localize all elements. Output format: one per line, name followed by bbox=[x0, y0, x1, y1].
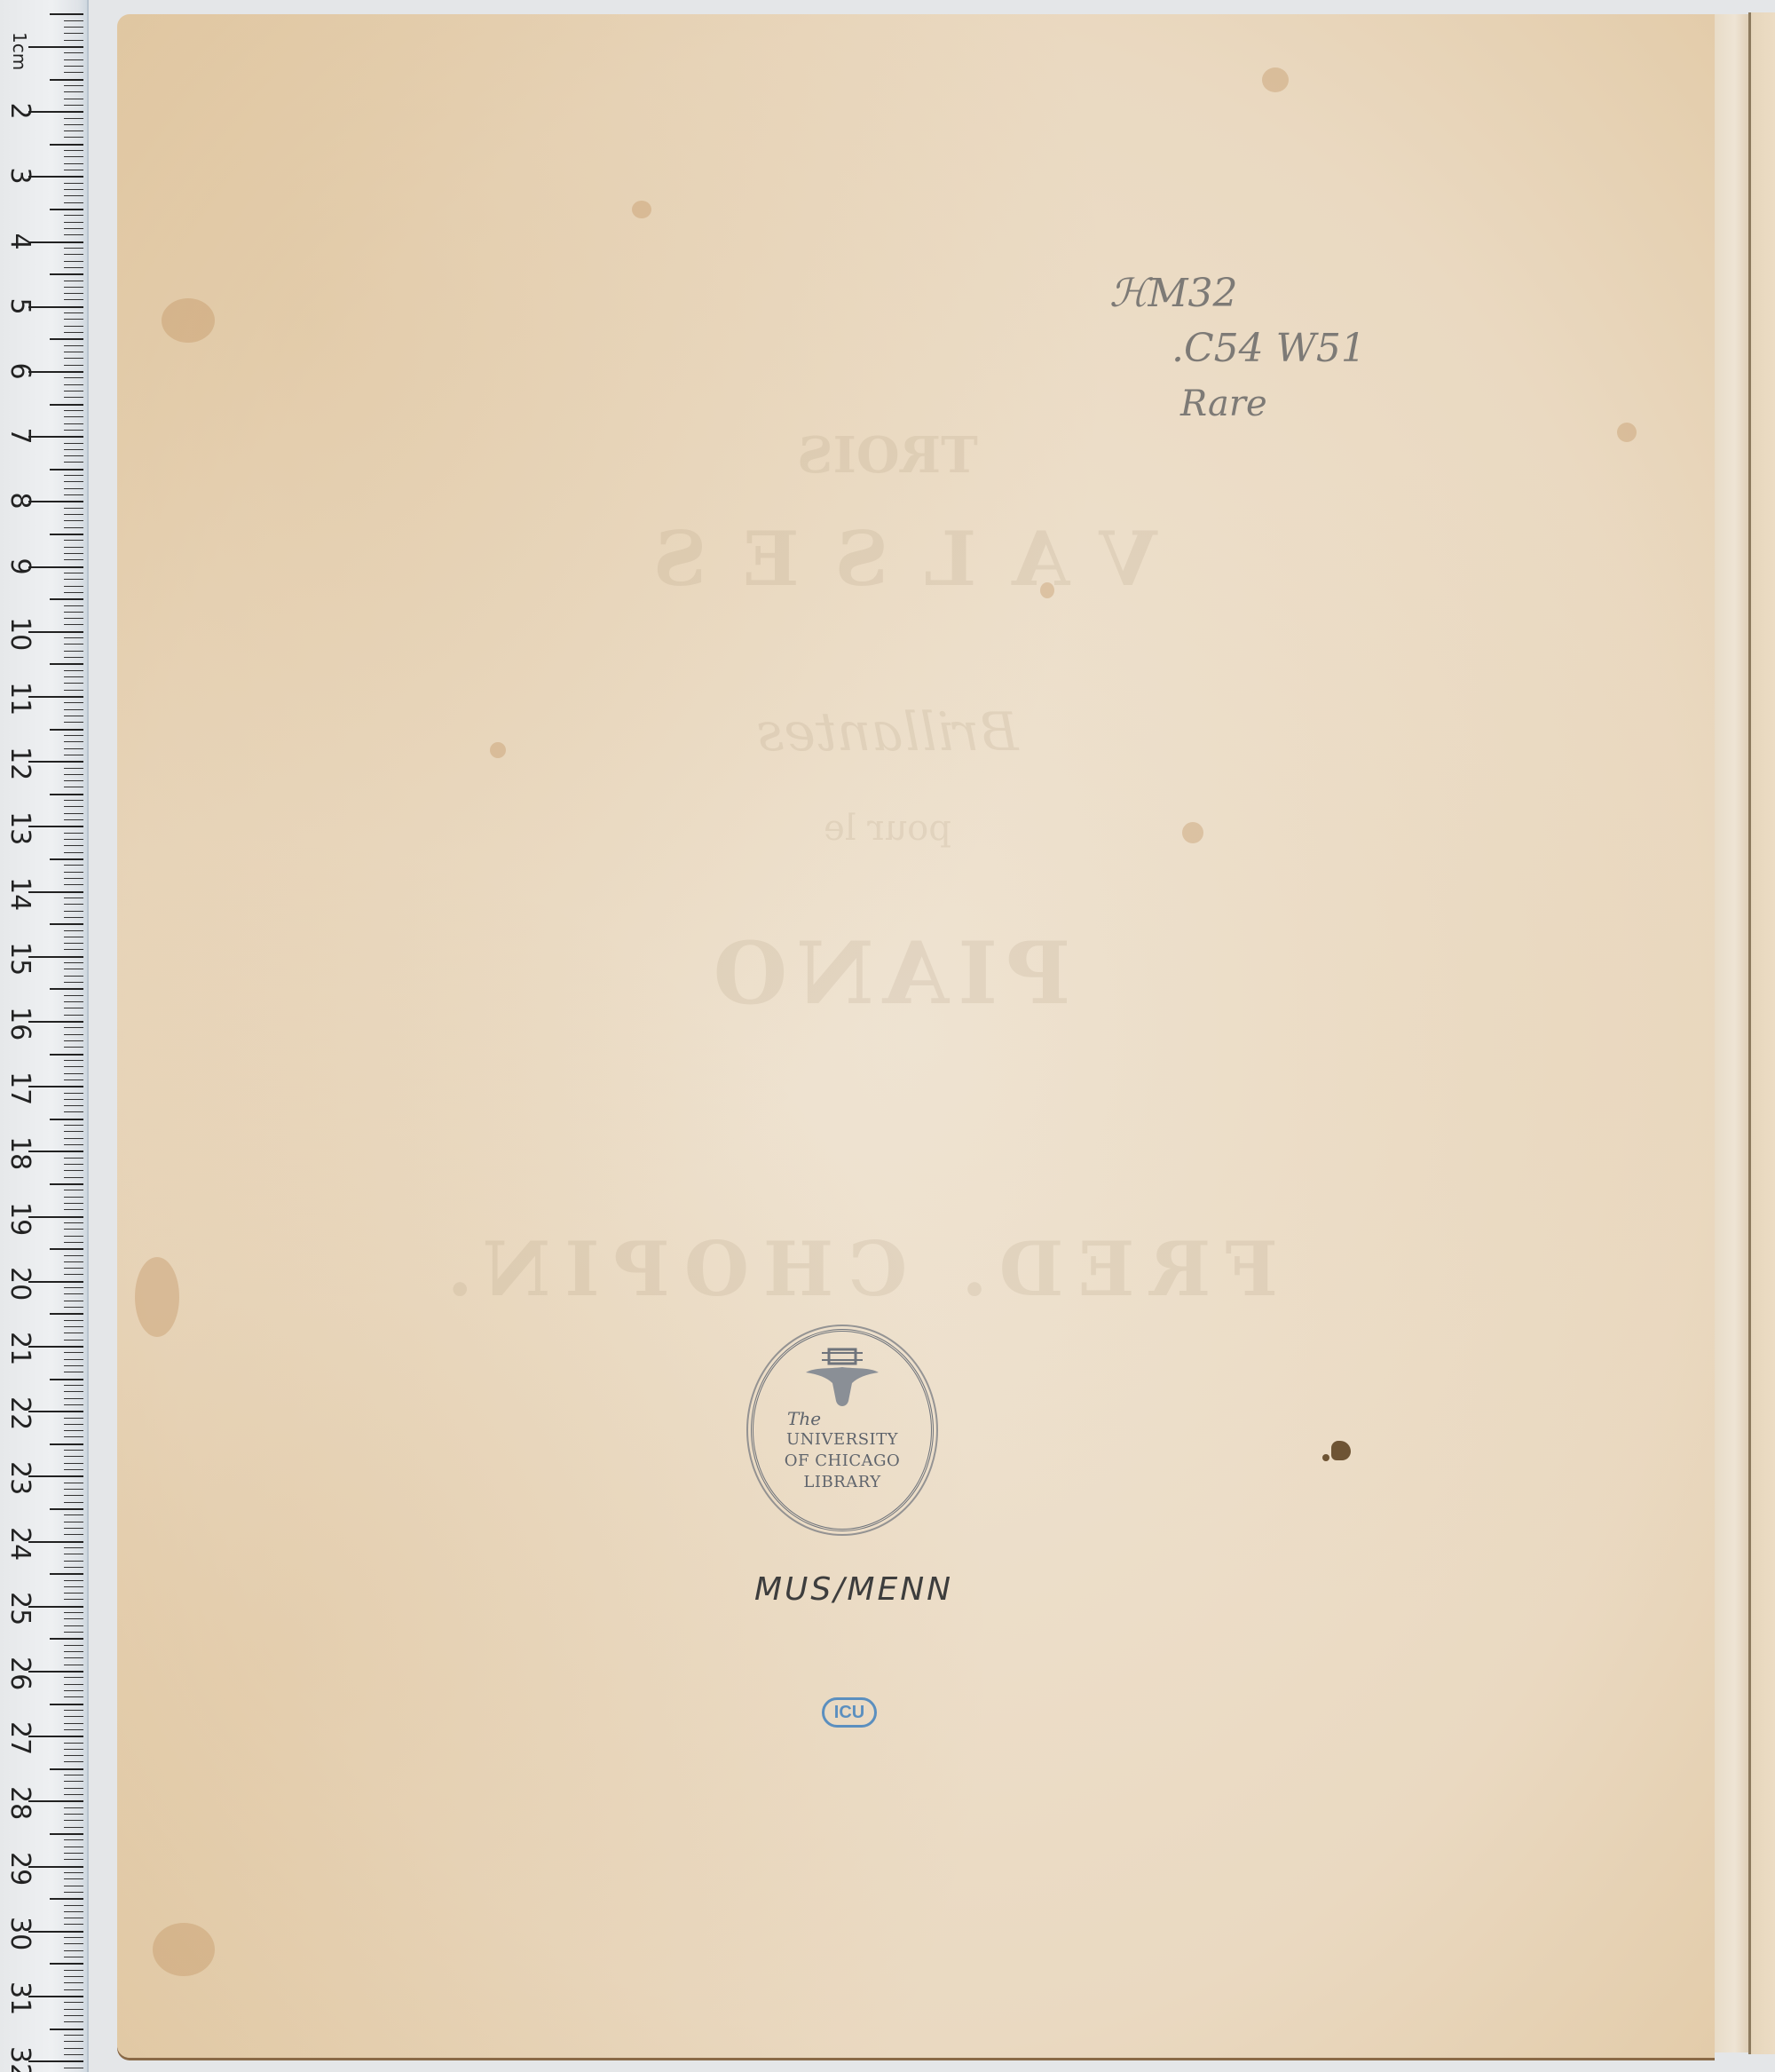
ruler-tick bbox=[64, 676, 83, 677]
ruler-tick bbox=[64, 1372, 83, 1372]
ruler-tick bbox=[64, 702, 83, 703]
ruler-tick bbox=[64, 1242, 83, 1243]
ruler-tick bbox=[64, 156, 83, 157]
ruler-cm-label: 6 bbox=[5, 357, 34, 385]
ruler-tick bbox=[64, 852, 83, 853]
ruler-tick bbox=[64, 884, 83, 885]
ruler-tick bbox=[64, 962, 83, 963]
ruler-tick bbox=[50, 1183, 83, 1185]
ruler-tick bbox=[64, 326, 83, 327]
ruler-tick bbox=[64, 1359, 83, 1360]
ruler-cm-label: 9 bbox=[5, 552, 34, 581]
ruler-tick bbox=[50, 1638, 83, 1640]
ruler-tick bbox=[64, 670, 83, 671]
ruler-tick bbox=[64, 813, 83, 814]
ruler-tick bbox=[64, 741, 83, 742]
ruler-tick bbox=[64, 1144, 83, 1145]
ruler-tick bbox=[64, 845, 83, 846]
ruler-tick bbox=[64, 2009, 83, 2010]
ruler-tick bbox=[64, 1385, 83, 1386]
ruler-tick bbox=[64, 1853, 83, 1854]
call-number-line-3: Rare bbox=[1180, 376, 1366, 431]
ruler-tick bbox=[64, 1886, 83, 1886]
measuring-ruler: 1cm2345678910111213141516171819202122232… bbox=[0, 0, 89, 2072]
ruler-tick bbox=[64, 624, 83, 625]
ruler-tick bbox=[64, 59, 83, 60]
ruler-tick bbox=[64, 1483, 83, 1483]
ruler-cm-label: 14 bbox=[5, 877, 34, 906]
ruler-tick bbox=[64, 170, 83, 170]
ruler-tick bbox=[64, 1326, 83, 1327]
ruler-tick bbox=[64, 293, 83, 294]
ruler-tick bbox=[64, 768, 83, 769]
ruler-cm-label: 26 bbox=[5, 1657, 34, 1685]
ruler-tick bbox=[64, 1197, 83, 1198]
ruler-tick bbox=[64, 130, 83, 131]
ruler-tick bbox=[64, 1847, 83, 1847]
ruler-cm-label: 31 bbox=[5, 1981, 34, 2010]
ruler-tick bbox=[50, 273, 83, 275]
ruler-tick bbox=[28, 956, 83, 958]
ruler-tick bbox=[64, 1015, 83, 1016]
ruler-tick bbox=[64, 1209, 83, 1210]
ruler-tick bbox=[64, 982, 83, 983]
ruler-tick bbox=[28, 1475, 83, 1477]
ruler-tick bbox=[64, 416, 83, 417]
ruler-tick bbox=[64, 1522, 83, 1522]
ruler-tick bbox=[28, 1541, 83, 1543]
ruler-tick bbox=[64, 1099, 83, 1100]
ruler-tick bbox=[64, 1677, 83, 1678]
ruler-tick bbox=[64, 332, 83, 333]
ruler-tick bbox=[28, 241, 83, 243]
ruler-tick bbox=[50, 144, 83, 146]
ruler-tick bbox=[64, 898, 83, 898]
ruler-tick bbox=[28, 1606, 83, 1608]
stamp-line-3: LIBRARY bbox=[803, 1472, 880, 1493]
ruler-tick bbox=[64, 1034, 83, 1035]
ruler-tick bbox=[64, 85, 83, 86]
foxing-spot bbox=[153, 1923, 215, 1976]
ruler-tick bbox=[64, 1365, 83, 1366]
ruler-tick bbox=[64, 430, 83, 431]
ruler-tick bbox=[64, 66, 83, 67]
ruler-tick bbox=[64, 248, 83, 249]
ruler-tick bbox=[64, 1229, 83, 1230]
ruler-tick bbox=[64, 1105, 83, 1106]
ruler-cm-label: 4 bbox=[5, 227, 34, 256]
ruler-tick bbox=[64, 1943, 83, 1944]
ruler-tick bbox=[64, 1418, 83, 1419]
ruler-tick bbox=[64, 878, 83, 879]
ruler-tick bbox=[64, 384, 83, 385]
ruler-tick bbox=[28, 826, 83, 827]
ruler-tick bbox=[28, 2060, 83, 2062]
ruler-tick bbox=[64, 559, 83, 560]
ruler-tick bbox=[28, 371, 83, 373]
ruler-tick bbox=[64, 716, 83, 716]
ruler-tick bbox=[64, 195, 83, 196]
ruler-tick bbox=[64, 1190, 83, 1190]
ruler-tick bbox=[64, 1450, 83, 1451]
ruler-tick bbox=[64, 462, 83, 463]
stamp-line-2: OF CHICAGO bbox=[785, 1451, 900, 1472]
ruler-tick bbox=[64, 365, 83, 366]
ruler-tick bbox=[64, 1111, 83, 1112]
ruler-tick bbox=[64, 527, 83, 528]
ruler-tick bbox=[64, 1878, 83, 1879]
ruler-cm-label: 25 bbox=[5, 1592, 34, 1620]
ruler-tick bbox=[28, 1866, 83, 1868]
ruler-tick bbox=[64, 2048, 83, 2049]
ruler-cm-label: 21 bbox=[5, 1332, 34, 1360]
ruler-tick bbox=[64, 612, 83, 613]
ruler-tick bbox=[64, 1060, 83, 1061]
ruler-tick bbox=[64, 27, 83, 28]
ruler-tick bbox=[64, 91, 83, 92]
foxing-spot bbox=[1182, 822, 1203, 843]
ruler-tick bbox=[64, 1580, 83, 1581]
ruler-cm-label: 2 bbox=[5, 97, 34, 125]
ruler-tick bbox=[64, 722, 83, 723]
document-page bbox=[117, 14, 1715, 2058]
ruler-tick bbox=[50, 1054, 83, 1056]
ruler-tick bbox=[64, 1404, 83, 1405]
ruler-tick bbox=[64, 1268, 83, 1269]
ruler-cm-label: 27 bbox=[5, 1721, 34, 1750]
foxing-spot bbox=[1262, 67, 1289, 92]
ruler-tick bbox=[64, 1957, 83, 1957]
ruler-tick bbox=[64, 755, 83, 755]
ruler-tick bbox=[50, 2029, 83, 2030]
ruler-tick bbox=[64, 1970, 83, 1971]
ruler-tick bbox=[64, 1612, 83, 1613]
ruler-tick bbox=[64, 1307, 83, 1308]
ruler-tick bbox=[64, 443, 83, 444]
ruler-tick bbox=[50, 209, 83, 210]
ruler-tick bbox=[64, 1430, 83, 1431]
ruler-tick bbox=[64, 514, 83, 515]
ruler-tick bbox=[64, 1222, 83, 1223]
ruler-tick bbox=[64, 683, 83, 684]
ruler-tick bbox=[64, 1775, 83, 1775]
ruler-tick bbox=[64, 2035, 83, 2036]
ruler-cm-label: 30 bbox=[5, 1917, 34, 1945]
ruler-tick bbox=[64, 99, 83, 99]
ruler-tick bbox=[28, 1931, 83, 1933]
ruler-tick bbox=[28, 631, 83, 633]
ruler-tick bbox=[64, 709, 83, 710]
ruler-tick bbox=[64, 124, 83, 125]
ruler-cm-label: 19 bbox=[5, 1202, 34, 1230]
ruler-tick bbox=[64, 1170, 83, 1171]
ruler-cm-label: 7 bbox=[5, 422, 34, 450]
ruler-tick bbox=[64, 137, 83, 138]
handwritten-shelf-note: MUS/MENN bbox=[754, 1571, 953, 1608]
ruler-tick bbox=[50, 923, 83, 925]
ruler-tick bbox=[64, 358, 83, 359]
ruler-tick bbox=[64, 1158, 83, 1159]
ruler-tick bbox=[64, 2068, 83, 2068]
ruler-tick bbox=[64, 592, 83, 593]
ruler-cm-label: 20 bbox=[5, 1267, 34, 1295]
ruler-tick bbox=[64, 1177, 83, 1178]
ruler-tick bbox=[64, 1599, 83, 1600]
ruler-tick bbox=[64, 2002, 83, 2003]
ruler-tick bbox=[64, 222, 83, 223]
ruler-tick bbox=[64, 1950, 83, 1951]
ruler-tick bbox=[64, 287, 83, 288]
ruler-tick bbox=[64, 1255, 83, 1256]
ruler-tick bbox=[64, 904, 83, 905]
ruler-tick bbox=[28, 761, 83, 763]
ruler-tick bbox=[28, 696, 83, 698]
ruler-tick bbox=[64, 917, 83, 918]
ruler-tick bbox=[64, 1625, 83, 1626]
ruler-tick bbox=[50, 1443, 83, 1445]
ruler-tick bbox=[64, 1236, 83, 1237]
ruler-tick bbox=[50, 1573, 83, 1575]
ruler-tick bbox=[64, 163, 83, 164]
ruler-tick bbox=[64, 1093, 83, 1094]
ruler-tick bbox=[64, 1469, 83, 1470]
ruler-tick bbox=[64, 1079, 83, 1080]
ruler-tick bbox=[64, 1436, 83, 1437]
ruler-tick bbox=[64, 943, 83, 944]
ruler-tick bbox=[64, 1710, 83, 1711]
ruler-tick bbox=[28, 436, 83, 438]
ruler-tick bbox=[64, 1138, 83, 1139]
ruler-tick bbox=[64, 1755, 83, 1756]
ruler-tick bbox=[64, 1586, 83, 1587]
ruler-tick bbox=[64, 579, 83, 580]
ruler-tick bbox=[64, 20, 83, 21]
ruler-cm-label: 23 bbox=[5, 1461, 34, 1490]
bleed-through-line: TROIS bbox=[710, 426, 1065, 485]
ruler-tick bbox=[64, 1632, 83, 1633]
ruler-tick bbox=[64, 780, 83, 781]
ruler-tick bbox=[64, 1743, 83, 1744]
ruler-cm-label: 29 bbox=[5, 1852, 34, 1880]
ruler-tick bbox=[64, 150, 83, 151]
ruler-tick bbox=[64, 735, 83, 736]
ruler-tick bbox=[28, 1346, 83, 1348]
ruler-tick bbox=[64, 377, 83, 378]
ruler-tick bbox=[64, 1301, 83, 1301]
ruler-tick bbox=[64, 1807, 83, 1808]
ruler-tick bbox=[64, 1794, 83, 1795]
ruler-tick bbox=[64, 352, 83, 352]
ruler-tick bbox=[64, 2015, 83, 2016]
ruler-tick bbox=[64, 2041, 83, 2042]
ruler-tick bbox=[64, 1651, 83, 1652]
ruler-tick bbox=[28, 1021, 83, 1023]
ruler-tick bbox=[64, 1534, 83, 1535]
ruler-tick bbox=[64, 540, 83, 541]
ruler-cm-label: 3 bbox=[5, 162, 34, 190]
ruler-cm-label: 32 bbox=[5, 2046, 34, 2072]
ruler-tick bbox=[64, 488, 83, 489]
ruler-tick bbox=[50, 1248, 83, 1250]
ruler-tick bbox=[64, 1547, 83, 1548]
ruler-tick bbox=[64, 1398, 83, 1399]
ruler-tick bbox=[28, 306, 83, 308]
ruler-tick bbox=[64, 1982, 83, 1983]
ruler-tick bbox=[64, 1125, 83, 1126]
ruler-tick bbox=[64, 1164, 83, 1165]
ink-blot bbox=[1322, 1454, 1329, 1461]
ruler-tick bbox=[64, 1937, 83, 1938]
ruler-tick bbox=[64, 1502, 83, 1503]
ruler-tick bbox=[64, 969, 83, 969]
ruler-tick bbox=[64, 508, 83, 509]
ruler-tick bbox=[28, 891, 83, 893]
ruler-tick bbox=[64, 1456, 83, 1457]
ruler-tick bbox=[64, 949, 83, 950]
ruler-tick bbox=[64, 391, 83, 391]
ruler-tick bbox=[28, 1736, 83, 1737]
ruler-tick bbox=[64, 261, 83, 262]
bleed-through-line: Brillantes bbox=[621, 701, 1154, 763]
ruler-tick bbox=[64, 1001, 83, 1002]
ruler-tick bbox=[50, 598, 83, 600]
ruler-tick bbox=[64, 1859, 83, 1860]
call-number-line-1: ℋM32 bbox=[1109, 266, 1366, 321]
ruler-tick bbox=[64, 1495, 83, 1496]
ruler-tick bbox=[64, 1340, 83, 1340]
ruler-cm-label: 24 bbox=[5, 1527, 34, 1555]
ruler-tick bbox=[64, 1274, 83, 1275]
ruler-tick bbox=[64, 1696, 83, 1697]
ruler-tick bbox=[64, 1872, 83, 1873]
ruler-cm-label: 11 bbox=[5, 682, 34, 710]
ruler-tick bbox=[64, 1131, 83, 1132]
ruler-tick bbox=[64, 1567, 83, 1568]
ruler-tick bbox=[64, 267, 83, 268]
ruler-tick bbox=[64, 1905, 83, 1906]
ruler-cm-label: 16 bbox=[5, 1007, 34, 1035]
ruler-tick bbox=[64, 475, 83, 476]
ruler-tick bbox=[50, 469, 83, 471]
ruler-tick bbox=[64, 1424, 83, 1425]
ruler-tick bbox=[64, 1320, 83, 1321]
ruler-tick bbox=[64, 930, 83, 931]
ruler-tick bbox=[64, 618, 83, 619]
ruler-tick bbox=[64, 1352, 83, 1353]
ruler-tick bbox=[64, 976, 83, 977]
ruler-tick bbox=[64, 651, 83, 652]
ruler-tick bbox=[64, 234, 83, 235]
ruler-tick bbox=[64, 1657, 83, 1658]
ruler-tick bbox=[64, 183, 83, 184]
ruler-tick bbox=[64, 637, 83, 638]
ruler-tick bbox=[64, 319, 83, 320]
ruler-tick bbox=[64, 1561, 83, 1562]
ruler-tick bbox=[50, 1898, 83, 1900]
ruler-tick bbox=[64, 345, 83, 346]
ruler-cm-label: 15 bbox=[5, 942, 34, 970]
ruler-tick bbox=[64, 1040, 83, 1041]
ruler-tick bbox=[64, 1820, 83, 1821]
ruler-tick bbox=[64, 449, 83, 450]
ruler-cm-label: 18 bbox=[5, 1136, 34, 1165]
ruler-tick bbox=[64, 644, 83, 645]
ruler-tick bbox=[64, 215, 83, 216]
ruler-tick bbox=[64, 1391, 83, 1392]
ruler-cm-label: 28 bbox=[5, 1786, 34, 1815]
ruler-tick bbox=[64, 748, 83, 749]
foxing-spot bbox=[632, 201, 651, 218]
ruler-tick bbox=[64, 2021, 83, 2022]
ruler-tick bbox=[50, 1833, 83, 1835]
ruler-tick bbox=[64, 299, 83, 300]
ruler-tick bbox=[28, 1151, 83, 1152]
ruler-cm-label: 5 bbox=[5, 292, 34, 320]
ruler-tick bbox=[28, 1216, 83, 1218]
ruler-cm-label: 10 bbox=[5, 617, 34, 645]
ruler-tick bbox=[64, 494, 83, 495]
ruler-tick bbox=[64, 1684, 83, 1685]
ruler-tick bbox=[28, 1671, 83, 1673]
ruler-tick bbox=[64, 1729, 83, 1730]
ruler-tick bbox=[64, 872, 83, 873]
ruler-tick bbox=[50, 1704, 83, 1705]
foxing-spot bbox=[162, 298, 215, 343]
ruler-tick bbox=[64, 1073, 83, 1074]
ruler-tick bbox=[64, 1528, 83, 1529]
ruler-tick bbox=[50, 1963, 83, 1965]
ruler-tick bbox=[50, 1379, 83, 1380]
ruler-tick bbox=[64, 573, 83, 573]
ruler-tick bbox=[64, 1287, 83, 1288]
ruler-tick bbox=[64, 1645, 83, 1646]
ruler-tick bbox=[64, 1203, 83, 1204]
ruler-tick bbox=[64, 423, 83, 424]
ruler-tick bbox=[64, 1989, 83, 1990]
foxing-spot bbox=[490, 742, 506, 758]
ruler-tick bbox=[64, 1261, 83, 1262]
icu-stamp: ICU bbox=[822, 1697, 877, 1728]
ruler-tick bbox=[28, 1996, 83, 1997]
ruler-tick bbox=[64, 1514, 83, 1515]
ruler-tick bbox=[50, 858, 83, 860]
ruler-tick bbox=[64, 1839, 83, 1840]
ruler-tick bbox=[64, 911, 83, 912]
page-edge-strip bbox=[1715, 14, 1748, 2052]
ruler-tick bbox=[64, 806, 83, 807]
foxing-spot bbox=[1617, 423, 1637, 442]
ruler-tick bbox=[64, 1827, 83, 1828]
ruler-tick bbox=[28, 1800, 83, 1802]
ruler-tick bbox=[64, 800, 83, 801]
ruler-tick bbox=[64, 2054, 83, 2055]
bleed-through-line: pour le bbox=[710, 808, 1065, 849]
ruler-tick bbox=[64, 33, 83, 34]
ruler-tick bbox=[64, 774, 83, 775]
ruler-tick bbox=[64, 1924, 83, 1925]
ruler-tick bbox=[28, 1281, 83, 1283]
ruler-tick bbox=[64, 1293, 83, 1294]
ruler-tick bbox=[50, 729, 83, 731]
ruler-tick bbox=[50, 1119, 83, 1120]
bleed-through-line: PIANO bbox=[621, 923, 1154, 1024]
ruler-tick bbox=[64, 1976, 83, 1977]
ruler-tick bbox=[64, 410, 83, 411]
ruler-cm-label: 8 bbox=[5, 486, 34, 515]
bleed-through-line: FRED. CHOPIN. bbox=[497, 1225, 1278, 1313]
ruler-cm-label: 1cm bbox=[5, 32, 34, 60]
ruler-tick bbox=[64, 1814, 83, 1815]
